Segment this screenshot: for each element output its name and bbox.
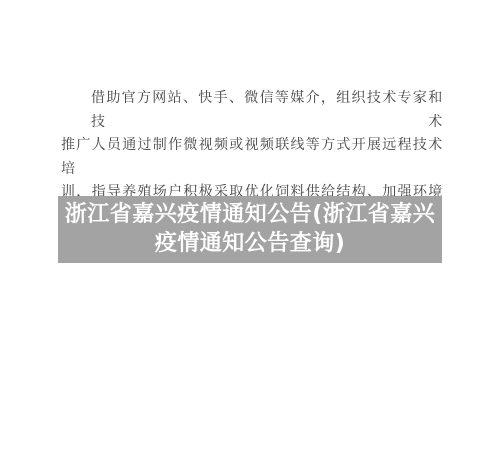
paragraph-line: 借助官方网站、快手、微信等媒介，组织技术专家和技术 <box>61 87 443 134</box>
title-line: 浙江省嘉兴疫情通知公告(浙江省嘉兴 <box>58 200 442 229</box>
page: 借助官方网站、快手、微信等媒介，组织技术专家和技术 推广人员通过制作微视频或视频… <box>0 0 500 460</box>
paragraph-line: 推广人员通过制作微视频或视频联线等方式开展远程技术培 <box>61 134 443 181</box>
title-banner: 浙江省嘉兴疫情通知公告(浙江省嘉兴 疫情通知公告查询) <box>58 196 442 263</box>
title-line: 疫情通知公告查询) <box>58 229 442 258</box>
